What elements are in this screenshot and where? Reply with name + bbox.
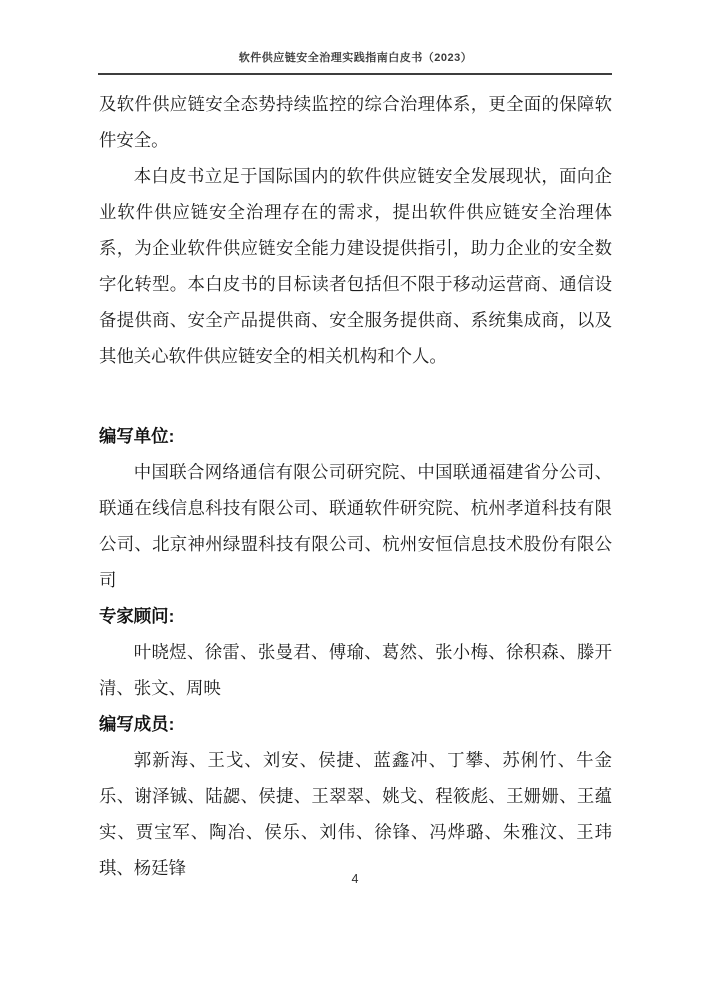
section-content-expert-advisors: 叶晓煜、徐雷、张曼君、傅瑜、葛然、张小梅、徐积森、滕开清、张文、周映 (99, 634, 612, 706)
body-paragraph-continuation: 及软件供应链安全态势持续监控的综合治理体系，更全面的保障软件安全。 (99, 86, 612, 158)
section-content-writing-members: 郭新海、王戈、刘安、侯捷、蓝鑫冲、丁攀、苏俐竹、牛金乐、谢泽铖、陆勰、侯捷、王翠… (99, 742, 612, 886)
body-paragraph-overview: 本白皮书立足于国际国内的软件供应链安全发展现状，面向企业软件供应链安全治理存在的… (99, 158, 612, 374)
section-heading-expert-advisors: 专家顾问: (99, 598, 612, 634)
page-body: 及软件供应链安全态势持续监控的综合治理体系，更全面的保障软件安全。 本白皮书立足… (99, 86, 612, 886)
section-content-authoring-units: 中国联合网络通信有限公司研究院、中国联通福建省分公司、联通在线信息科技有限公司、… (99, 454, 612, 598)
document-page: 软件供应链安全治理实践指南白皮书（2023） 及软件供应链安全态势持续监控的综合… (0, 0, 710, 1004)
section-heading-writing-members: 编写成员: (99, 706, 612, 742)
section-heading-authoring-units: 编写单位: (99, 418, 612, 454)
page-number: 4 (0, 872, 710, 886)
header-divider-line (98, 73, 612, 75)
running-header-title: 软件供应链安全治理实践指南白皮书（2023） (99, 49, 612, 65)
